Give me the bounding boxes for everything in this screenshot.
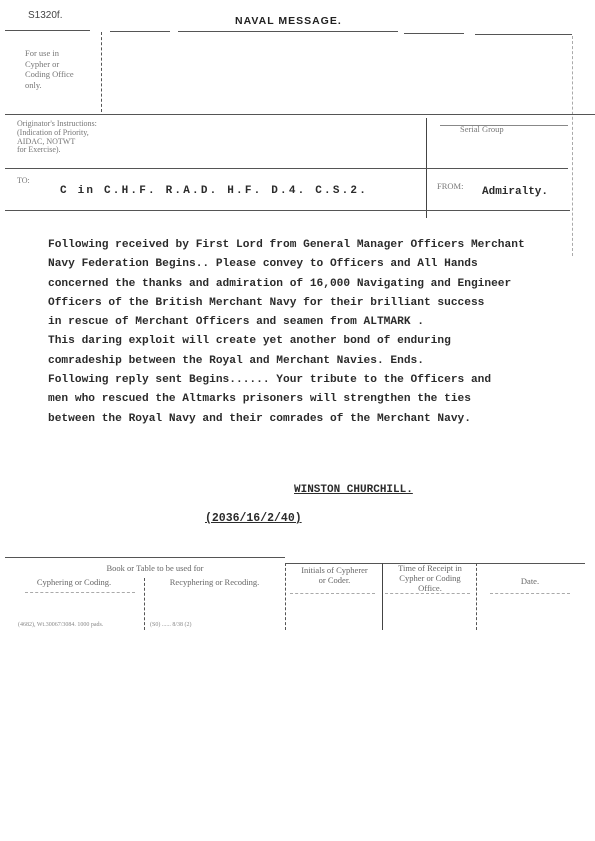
signature: WINSTON CHURCHILL. xyxy=(294,484,413,496)
cypher-label-line: For use in xyxy=(25,48,74,59)
message-line: men who rescued the Altmarks prisoners w… xyxy=(48,390,568,409)
divider xyxy=(440,125,568,126)
message-line: Navy Federation Begins.. Please convey t… xyxy=(48,255,568,274)
divider xyxy=(426,210,570,211)
book-table-header: Book or Table to be used for xyxy=(55,563,255,573)
divider xyxy=(382,563,383,630)
message-body: Following received by First Lord from Ge… xyxy=(48,236,568,429)
form-number: S1320f. xyxy=(28,10,62,21)
message-line: Following reply sent Begins...... Your t… xyxy=(48,371,568,390)
divider xyxy=(285,563,286,630)
document-title: NAVAL MESSAGE. xyxy=(235,15,342,27)
message-line: Officers of the British Merchant Navy fo… xyxy=(48,294,568,313)
message-line: comradeship between the Royal and Mercha… xyxy=(48,352,568,371)
divider xyxy=(178,31,398,32)
to-label: TO: xyxy=(17,176,30,187)
divider xyxy=(490,593,570,594)
originator-line: for Exercise). xyxy=(17,146,97,155)
time-receipt-header-line: Time of Receipt in xyxy=(384,563,476,573)
divider xyxy=(5,30,90,31)
originator-instructions: Originator's Instructions: (Indication o… xyxy=(17,120,97,155)
right-edge-marks xyxy=(572,36,573,256)
divider xyxy=(476,563,477,630)
time-receipt-header-line: Cypher or Coding xyxy=(384,573,476,583)
initials-header-line: or Coder. xyxy=(287,575,382,585)
divider xyxy=(5,114,595,115)
printer-note-left: (4682), Wt.30067/3084. 1000 pads. xyxy=(18,622,103,628)
initials-header: Initials of Cypherer or Coder. xyxy=(287,565,382,585)
cypher-box-label: For use in Cypher or Coding Office only. xyxy=(25,48,74,90)
to-recipients: C in C.H.F. R.A.D. H.F. D.4. C.S.2. xyxy=(60,185,368,197)
cypher-label-line: Cypher or xyxy=(25,59,74,70)
divider xyxy=(5,210,427,211)
message-reference: (2036/16/2/40) xyxy=(205,512,302,525)
from-label: FROM: xyxy=(437,181,463,192)
from-sender: Admiralty. xyxy=(482,186,548,198)
message-line: concerned the thanks and admiration of 1… xyxy=(48,275,568,294)
divider xyxy=(404,33,464,34)
initials-header-line: Initials of Cypherer xyxy=(287,565,382,575)
printer-note-right: (S0) ...... 8/38 (2) xyxy=(150,622,192,628)
divider xyxy=(290,593,375,594)
divider xyxy=(5,168,568,169)
cypher-label-line: only. xyxy=(25,80,74,91)
message-line: between the Royal Navy and their comrade… xyxy=(48,410,568,429)
divider xyxy=(25,592,135,593)
divider xyxy=(110,31,170,32)
message-line: This daring exploit will create yet anot… xyxy=(48,332,568,351)
message-line: in rescue of Merchant Officers and seame… xyxy=(48,313,568,332)
divider xyxy=(475,34,572,35)
divider xyxy=(144,578,145,630)
message-line: Following received by First Lord from Ge… xyxy=(48,236,568,255)
time-receipt-header-line: Office. xyxy=(384,583,476,593)
cypher-label-line: Coding Office xyxy=(25,69,74,80)
cyphering-header: Cyphering or Coding. xyxy=(10,577,138,587)
divider xyxy=(385,593,470,594)
recyphering-header: Recyphering or Recoding. xyxy=(147,577,282,587)
date-header: Date. xyxy=(480,576,580,586)
time-receipt-header: Time of Receipt in Cypher or Coding Offi… xyxy=(384,563,476,593)
divider xyxy=(101,32,102,112)
divider xyxy=(5,557,285,558)
